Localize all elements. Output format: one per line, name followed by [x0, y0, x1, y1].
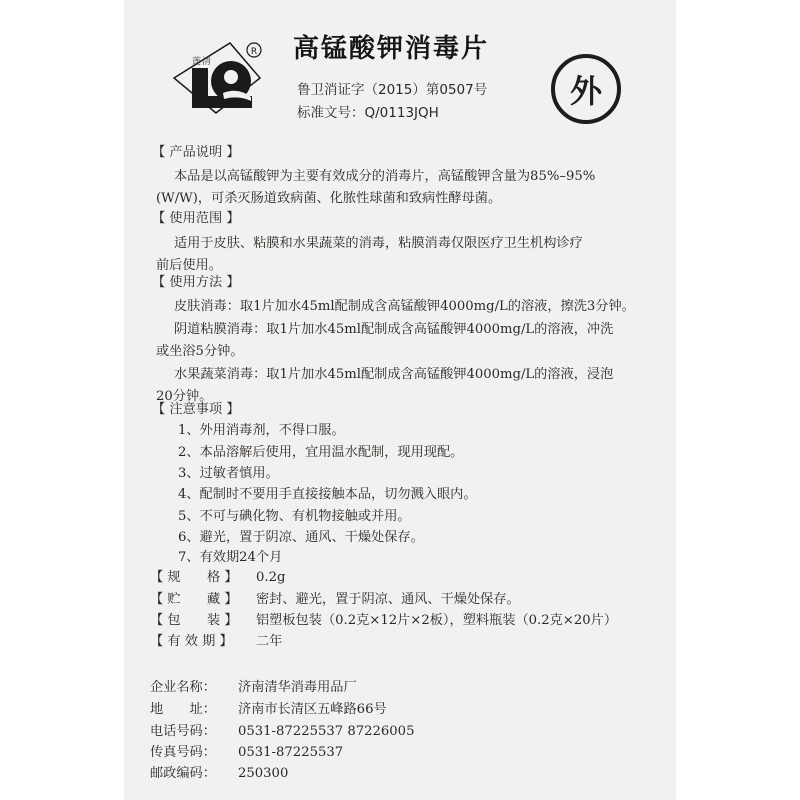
company-name-row: 企业名称：济南清华消毒用品厂	[150, 681, 357, 694]
spec-value: 铝塑板包装（0.2克×12片×2板），塑料瓶装（0.2克×20片）	[256, 613, 617, 628]
brand-logo: R 莲清	[168, 37, 276, 121]
company-value: 0531-87225537	[238, 745, 343, 760]
section-heading-precautions: 【 注意事项 】	[152, 403, 240, 416]
usage-line: 阴道粘膜消毒：取1片加水45ml配制成含高锰酸钾4000mg/L的溶液，冲洗	[174, 323, 613, 336]
company-label: 企业名称：	[150, 681, 238, 694]
section-heading-usage: 【 使用方法 】	[152, 276, 240, 289]
precaution-item: 7、有效期24个月	[178, 551, 282, 564]
precaution-item: 4、配制时不要用手直接接触本品，切勿溅入眼内。	[178, 488, 477, 501]
license-number: 鲁卫消证字（2015）第0507号	[297, 78, 487, 98]
company-label: 传真号码：	[150, 746, 238, 759]
company-fax-row: 传真号码：0531-87225537	[150, 746, 343, 759]
spec-label: 【 有 效 期 】	[150, 635, 256, 648]
description-line: (W/W)，可杀灭肠道致病菌、化脓性球菌和致病性酵母菌。	[156, 192, 501, 205]
company-label: 邮政编码：	[150, 767, 238, 780]
company-label: 地 址：	[150, 703, 238, 716]
standard-number: 标准文号：Q/0113JQH	[297, 101, 439, 121]
product-title: 高锰酸钾消毒片	[293, 28, 489, 65]
company-postcode-row: 邮政编码：250300	[150, 767, 288, 780]
description-line: 本品是以高锰酸钾为主要有效成分的消毒片，高锰酸钾含量为85%–95%	[174, 170, 595, 183]
company-phone-row: 电话号码：0531-87225537 87226005	[150, 725, 414, 738]
precaution-item: 6、避光，置于阴凉、通风、干燥处保存。	[178, 531, 424, 544]
section-heading-scope: 【 使用范围 】	[152, 212, 240, 225]
usage-line: 水果蔬菜消毒：取1片加水45ml配制成含高锰酸钾4000mg/L的溶液，浸泡	[174, 368, 613, 381]
svg-text:R: R	[251, 47, 257, 57]
spec-row-size: 【 规 格 】0.2g	[150, 571, 285, 584]
spec-value: 0.2g	[256, 570, 285, 585]
usage-line: 皮肤消毒：取1片加水45ml配制成含高锰酸钾4000mg/L的溶液，擦洗3分钟。	[174, 300, 635, 313]
external-use-badge-icon: 外	[551, 54, 621, 124]
precaution-item: 3、过敏者慎用。	[178, 467, 279, 480]
company-value: 济南市长清区五峰路66号	[238, 702, 387, 717]
usage-line: 或坐浴5分钟。	[156, 345, 244, 358]
spec-label: 【 包 装 】	[150, 614, 256, 627]
external-use-badge-text: 外	[570, 66, 602, 112]
scope-line: 前后使用。	[156, 259, 222, 272]
logo-icon: R	[168, 37, 276, 121]
company-value: 250300	[238, 766, 288, 781]
spec-value: 密封、避光，置于阴凉、通风、干燥处保存。	[256, 592, 520, 607]
spec-row-storage: 【 贮 藏 】密封、避光，置于阴凉、通风、干燥处保存。	[150, 593, 520, 606]
spec-value: 二年	[256, 634, 282, 649]
section-heading-description: 【 产品说明 】	[152, 146, 240, 159]
spec-label: 【 贮 藏 】	[150, 593, 256, 606]
logo-text: 莲清	[192, 54, 212, 67]
precaution-item: 5、不可与碘化物、有机物接触或并用。	[178, 510, 411, 523]
company-label: 电话号码：	[150, 725, 238, 738]
company-address-row: 地 址：济南市长清区五峰路66号	[150, 703, 387, 716]
precaution-item: 2、本品溶解后使用，宜用温水配制，现用现配。	[178, 446, 463, 459]
spec-row-shelf-life: 【 有 效 期 】二年	[150, 635, 282, 648]
company-value: 济南清华消毒用品厂	[238, 680, 357, 695]
scope-line: 适用于皮肤、粘膜和水果蔬菜的消毒，粘膜消毒仅限医疗卫生机构诊疗	[174, 237, 583, 250]
spec-label: 【 规 格 】	[150, 571, 256, 584]
precaution-item: 1、外用消毒剂，不得口服。	[178, 424, 345, 437]
company-value: 0531-87225537 87226005	[238, 724, 414, 739]
spec-row-packaging: 【 包 装 】铝塑板包装（0.2克×12片×2板），塑料瓶装（0.2克×20片）	[150, 614, 617, 627]
